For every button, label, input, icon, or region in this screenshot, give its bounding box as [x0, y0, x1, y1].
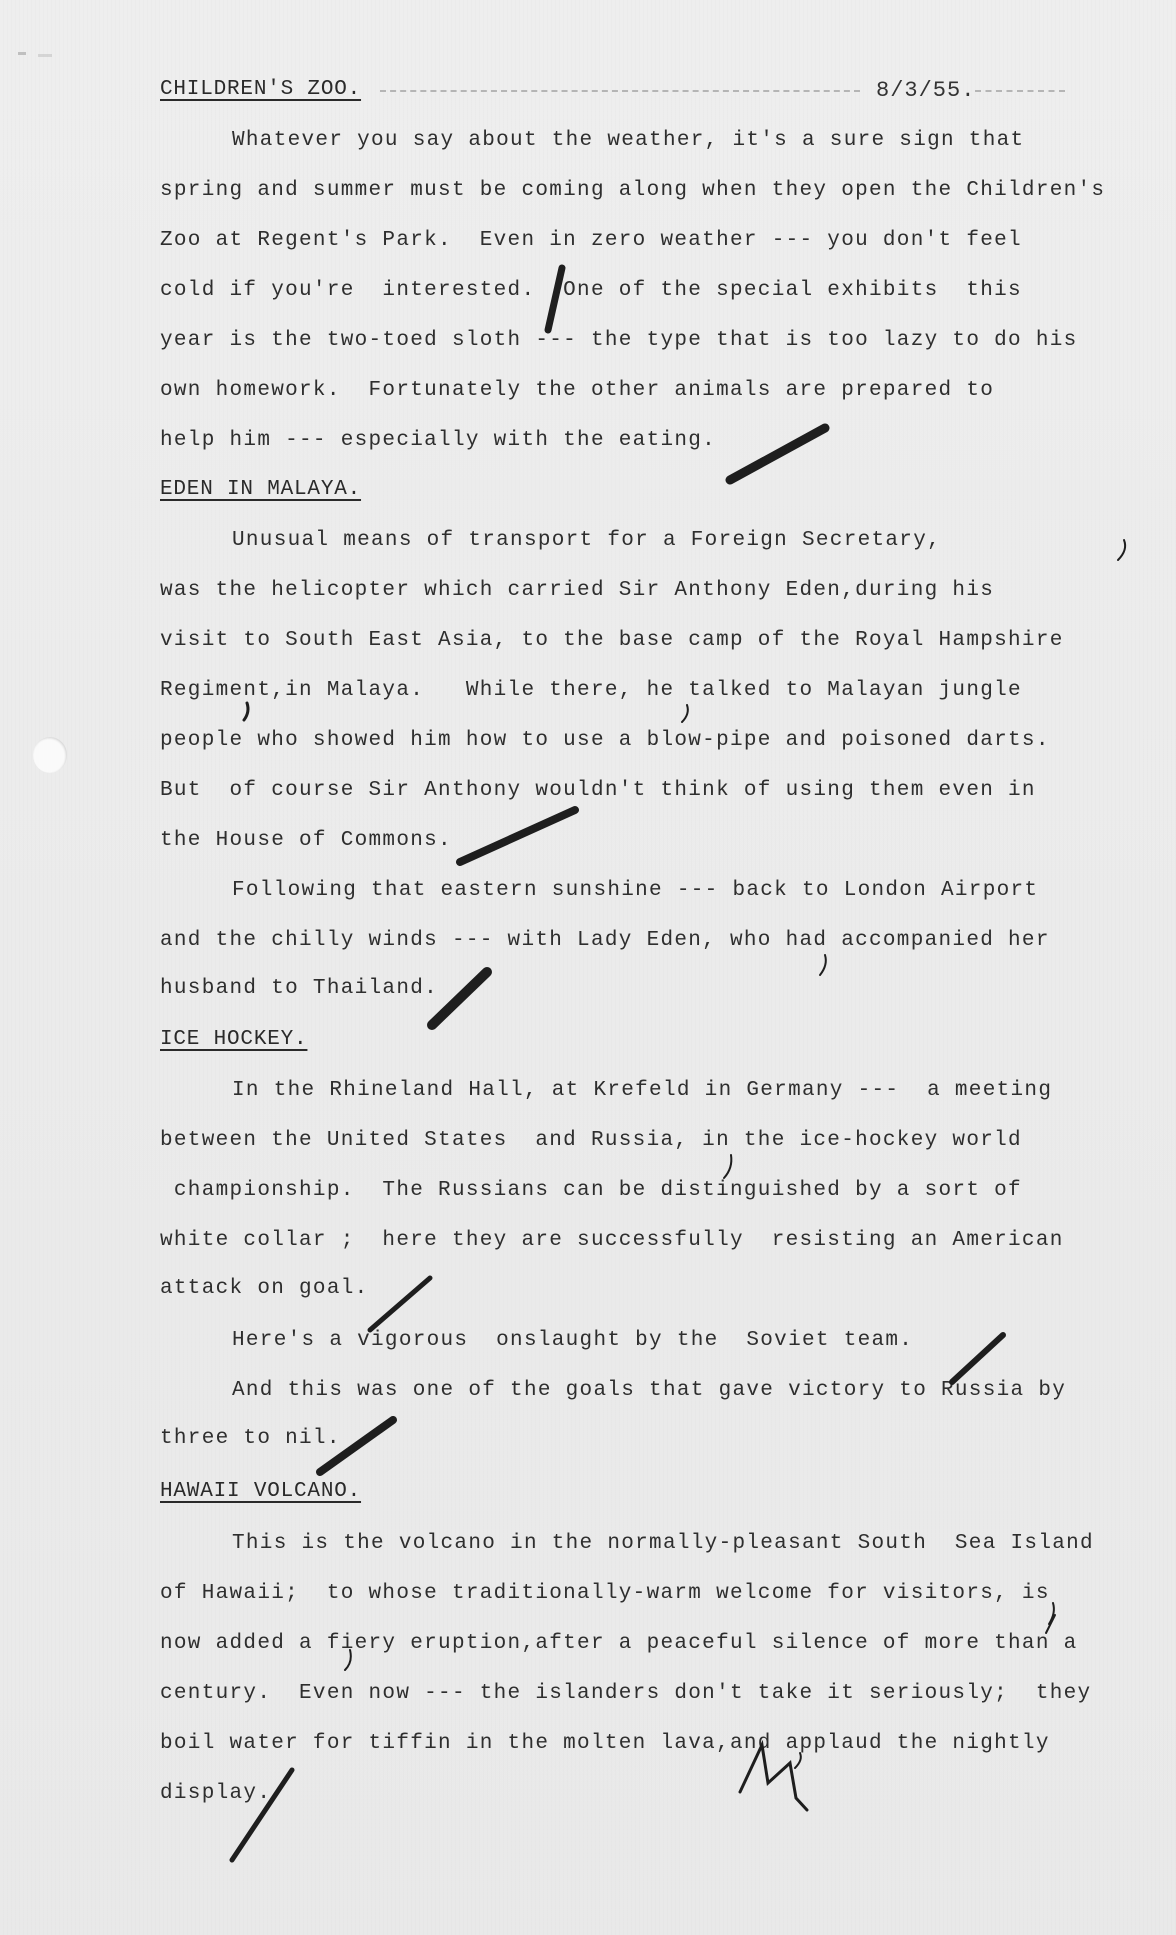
text-line: display. — [160, 1783, 271, 1804]
punch-hole — [33, 737, 67, 773]
text-line: Regiment,in Malaya. While there, he talk… — [160, 680, 1022, 701]
text-line: century. Even now --- the islanders don'… — [160, 1683, 1091, 1704]
text-line: attack on goal. — [160, 1278, 369, 1299]
text-line: Whatever you say about the weather, it's… — [232, 130, 1024, 151]
pen-slash-icon — [460, 810, 575, 862]
text-line: between the United States and Russia, in… — [160, 1130, 1022, 1151]
section-heading-hawaii-volcano: HAWAII VOLCANO. — [160, 1480, 361, 1503]
text-line: And this was one of the goals that gave … — [232, 1380, 1066, 1401]
smudge — [18, 52, 26, 55]
text-line: of Hawaii; to whose traditionally-warm w… — [160, 1583, 1050, 1604]
text-line: This is the volcano in the normally-plea… — [232, 1533, 1094, 1554]
dashed-rule — [975, 90, 1065, 94]
text-line: now added a fiery eruption,after a peace… — [160, 1633, 1078, 1654]
section-heading-ice-hockey: ICE HOCKEY. — [160, 1028, 307, 1051]
comma-mark-icon — [820, 955, 826, 975]
text-line: cold if you're interested. One of the sp… — [160, 280, 1022, 301]
text-line: three to nil. — [160, 1428, 341, 1449]
text-line: In the Rhineland Hall, at Krefeld in Ger… — [232, 1080, 1052, 1101]
comma-mark-icon — [1118, 540, 1125, 560]
text-line: husband to Thailand. — [160, 978, 438, 999]
pen-slash-icon — [432, 972, 487, 1025]
text-line: was the helicopter which carried Sir Ant… — [160, 580, 994, 601]
pen-slash-icon — [952, 1335, 1003, 1382]
text-line: Here's a vigorous onslaught by the Sovie… — [232, 1330, 913, 1351]
document-date: 8/3/55. — [876, 78, 975, 103]
typewritten-page: CHILDREN'S ZOO. 8/3/55. Whatever you say… — [0, 0, 1176, 1935]
text-line: But of course Sir Anthony wouldn't think… — [160, 780, 1036, 801]
text-line: and the chilly winds --- with Lady Eden,… — [160, 930, 1050, 951]
text-line: Zoo at Regent's Park. Even in zero weath… — [160, 230, 1022, 251]
text-line: boil water for tiffin in the molten lava… — [160, 1733, 1050, 1754]
comma-mark-icon — [724, 1155, 731, 1178]
text-line: Unusual means of transport for a Foreign… — [232, 530, 941, 551]
text-line: year is the two-toed sloth --- the type … — [160, 330, 1078, 351]
text-line: help him --- especially with the eating. — [160, 430, 716, 451]
section-heading-eden-in-malaya: EDEN IN MALAYA. — [160, 478, 361, 501]
comma-mark-icon — [682, 705, 688, 722]
text-line: Following that eastern sunshine --- back… — [232, 880, 1038, 901]
text-line: championship. The Russians can be distin… — [160, 1180, 1022, 1201]
section-heading-childrens-zoo: CHILDREN'S ZOO. — [160, 78, 361, 101]
comma-mark-icon — [1046, 1615, 1055, 1633]
text-line: spring and summer must be coming along w… — [160, 180, 1105, 201]
comma-mark-icon — [244, 703, 248, 720]
comma-mark-icon — [795, 1753, 801, 1768]
pen-slash-icon — [370, 1278, 430, 1330]
text-line: white collar ; here they are successfull… — [160, 1230, 1064, 1251]
text-line: people who showed him how to use a blow-… — [160, 730, 1050, 751]
smudge — [38, 54, 52, 57]
text-line: own homework. Fortunately the other anim… — [160, 380, 994, 401]
text-line: visit to South East Asia, to the base ca… — [160, 630, 1064, 651]
text-line: the House of Commons. — [160, 830, 452, 851]
comma-mark-icon — [1049, 1603, 1054, 1624]
dashed-rule — [380, 90, 860, 94]
pen-slash-icon — [730, 428, 825, 480]
